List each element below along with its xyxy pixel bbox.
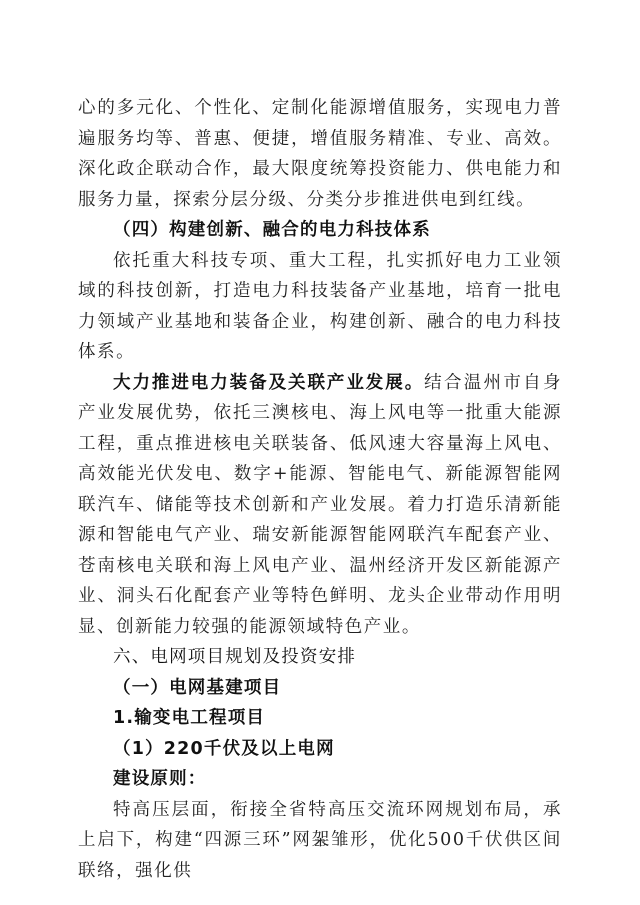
subheading-transmission-projects: 1.输变电工程项目 xyxy=(78,703,562,734)
heading-tech-system: （四）构建创新、融合的电力科技体系 xyxy=(78,215,562,246)
subheading-grid-construction: （一）电网基建项目 xyxy=(78,673,562,704)
paragraph-body: 结合温州市自身产业发展优势，依托三澳核电、海上风电等一批重大能源工程，重点推进核… xyxy=(78,373,562,637)
page-number: 23 xyxy=(0,837,640,849)
paragraph-tech-innovation: 依托重大科技专项、重大工程，扎实抓好电力工业领域的科技创新，打造电力科技装备产业… xyxy=(78,246,562,368)
subheading-construction-principles: 建设原则： xyxy=(78,764,562,795)
subheading-220kv-grid: （1）220千伏及以上电网 xyxy=(78,734,562,765)
paragraph-equipment-industry: 大力推进电力装备及关联产业发展。结合温州市自身产业发展优势，依托三澳核电、海上风… xyxy=(78,368,562,643)
paragraph-service: 心的多元化、个性化、定制化能源增值服务，实现电力普遍服务均等、普惠、便捷，增值服… xyxy=(78,93,562,215)
paragraph-lead-bold: 大力推进电力装备及关联产业发展。 xyxy=(113,373,424,393)
section-heading-grid-projects: 六、电网项目规划及投资安排 xyxy=(78,642,562,673)
page-body: 心的多元化、个性化、定制化能源增值服务，实现电力普遍服务均等、普惠、便捷，增值服… xyxy=(78,93,562,886)
document-page: 心的多元化、个性化、定制化能源增值服务，实现电力普遍服务均等、普惠、便捷，增值服… xyxy=(0,0,640,905)
